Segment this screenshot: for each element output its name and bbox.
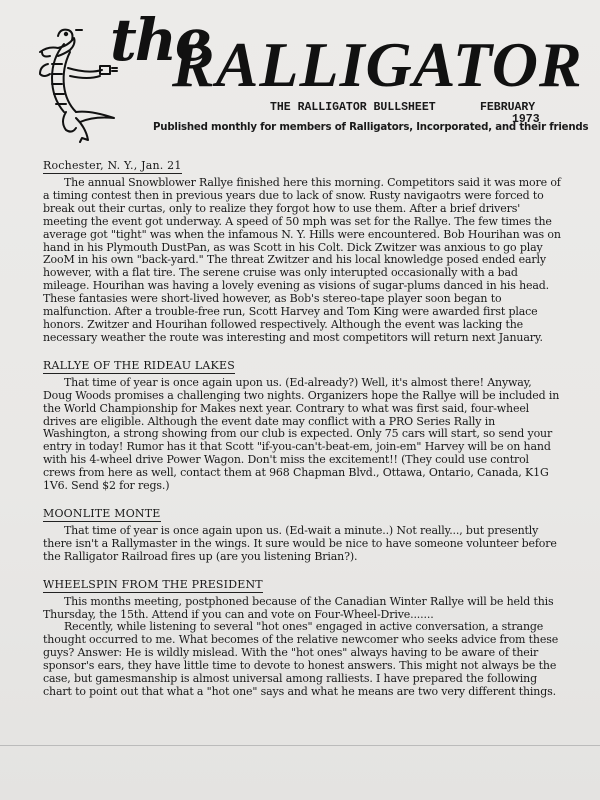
publication-name: THE RALLIGATOR BULLSHEET	[270, 101, 436, 114]
section-heading: Rochester, N. Y., Jan. 21	[43, 159, 182, 174]
section-moonlite-monte: MOONLITE MONTE That time of year is once…	[43, 502, 563, 564]
masthead-tagline: Published monthly for members of Ralliga…	[153, 122, 588, 133]
section-rideau-lakes: RALLYE OF THE RIDEAU LAKES That time of …	[43, 354, 563, 493]
paragraph: That time of year is once again upon us.…	[43, 525, 563, 564]
paragraph: This months meeting, postphoned because …	[43, 596, 563, 622]
paragraph: Recently, while listening to several "ho…	[43, 621, 563, 698]
article-body: Rochester, N. Y., Jan. 21 The annual Sno…	[43, 154, 563, 708]
newsletter-page: the RALLIGATOR THE RALLIGATOR BULLSHEET …	[0, 0, 600, 800]
paragraph: That time of year is once again upon us.…	[43, 377, 563, 493]
page-edge-divider	[0, 745, 600, 746]
section-heading: WHEELSPIN FROM THE PRESIDENT	[43, 578, 263, 593]
masthead-title: RALLIGATOR	[172, 28, 583, 102]
alligator-mascot-icon	[36, 22, 118, 144]
section-rochester: Rochester, N. Y., Jan. 21 The annual Sno…	[43, 154, 563, 345]
section-heading: MOONLITE MONTE	[43, 507, 161, 522]
section-heading: RALLYE OF THE RIDEAU LAKES	[43, 359, 235, 374]
section-wheelspin: WHEELSPIN FROM THE PRESIDENT This months…	[43, 573, 563, 699]
paragraph: The annual Snowblower Rallye finished he…	[43, 177, 563, 345]
